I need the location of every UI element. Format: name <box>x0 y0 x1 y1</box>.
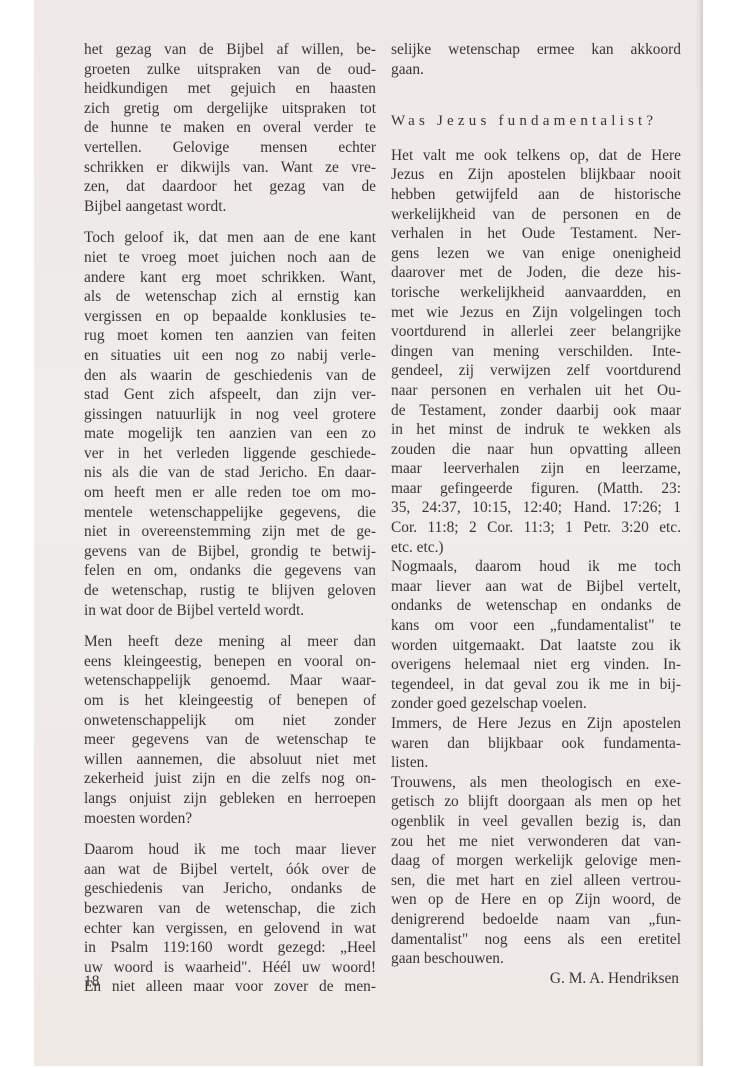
text-line: gens lezen we van enige onenigheid <box>391 244 681 264</box>
text-line: Trouwens, als men theologisch en exe- <box>391 773 681 793</box>
text-line: eens kleingeestig, benepen en vooral on- <box>84 652 376 672</box>
text-line: in het minst de indruk te wekken als <box>391 420 681 440</box>
text-line: daarover met de Joden, die deze his- <box>391 263 681 283</box>
paragraph: het gezag van de Bijbel af willen, be- g… <box>84 40 376 216</box>
text-line: wen op de Here en op Zijn woord, de <box>391 890 681 910</box>
paragraph: Toch geloof ik, dat men aan de ene kant … <box>84 228 376 620</box>
text-line: Toch geloof ik, dat men aan de ene kant <box>84 228 376 248</box>
text-line: aan wat de Bijbel vertelt, óók over de <box>84 860 376 880</box>
text-line: dingen van mening verschilden. Inte- <box>391 342 681 362</box>
text-line: ogenblik in veel gevallen bezig is, dan <box>391 812 681 832</box>
text-line: worden uitgemaakt. Dat laatste zou ik <box>391 636 681 656</box>
text-line: gaan. <box>391 60 681 80</box>
text-line: wetenschappelijk genoemd. Maar waar- <box>84 671 376 691</box>
text-line: gissingen natuurlijk in nog veel grotere <box>84 405 376 425</box>
text-line: gendeel, zij verwijzen zelf voortdurend <box>391 361 681 381</box>
text-line: gaan beschouwen. <box>391 949 681 969</box>
text-line: Immers, de Here Jezus en Zijn apostelen <box>391 714 681 734</box>
text-line: Men heeft deze mening al meer dan <box>84 632 376 652</box>
text-line: de hunne te maken en overal verder te <box>84 118 376 138</box>
text-line: uw woord is waarheid". Héél uw woord! <box>84 958 376 978</box>
text-line: hebben getwijfeld aan de historische <box>391 185 681 205</box>
text-line: met wie Jezus en Zijn volgelingen toch <box>391 303 681 323</box>
text-line: ondanks de wetenschap en ondanks de <box>391 596 681 616</box>
text-line: zou het me niet verwonderen dat van- <box>391 832 681 852</box>
text-line: andere kant erg moet schrikken. Want, <box>84 268 376 288</box>
text-line: den als waarin de geschiedenis van de <box>84 366 376 386</box>
text-line: heidkundigen met gejuich en haasten <box>84 79 376 99</box>
text-line: gevens van de Bijbel, grondig te betwij- <box>84 542 376 562</box>
text-line: waren dan blijkbaar ook fundamenta- <box>391 734 681 754</box>
text-line: torische werkelijkheid aanvaardden, en <box>391 283 681 303</box>
text-line: om heeft men er alle reden toe om mo- <box>84 483 376 503</box>
text-line: groeten zulke uitspraken van de oud- <box>84 60 376 80</box>
text-line: Het valt me ook telkens op, dat de Here <box>391 146 681 166</box>
text-line: meer gegevens van de wetenschap te <box>84 730 376 750</box>
text-line: kans om voor een „fundamentalist" te <box>391 616 681 636</box>
text-line: denigrerend bedoelde naam van „fun- <box>391 910 681 930</box>
text-line: stad Gent zich afspeelt, dan zijn ver- <box>84 385 376 405</box>
text-line: naar personen en verhalen uit het Ou- <box>391 381 681 401</box>
text-line: geschiedenis van Jericho, ondanks de <box>84 879 376 899</box>
paragraph: Nogmaals, daarom houd ik me toch maar li… <box>391 557 681 714</box>
text-line: maar liever aan wat de Bijbel vertelt, <box>391 577 681 597</box>
text-line: en situaties uit een nog zo nabij verle- <box>84 346 376 366</box>
text-line: niet in overeenstemming zijn met de ge- <box>84 522 376 542</box>
text-line: damentalist" nog eens als een eretitel <box>391 930 681 950</box>
text-line: langs onjuist zijn gebleken en herroepen <box>84 789 376 809</box>
section-heading: Was Jezus fundamentalist? <box>391 112 681 132</box>
text-line: echter kan vergissen, en gelovend in wat <box>84 919 376 939</box>
text-line: bezwaren van de wetenschap, die zich <box>84 899 376 919</box>
text-line: zouden die naar hun opvatting alleen <box>391 440 681 460</box>
text-line: nis als die van de stad Jericho. En daar… <box>84 463 376 483</box>
continued-paragraph: selijke wetenschap ermee kan akkoord gaa… <box>391 40 681 79</box>
text-line: zich gretig om dergelijke uitspraken tot <box>84 99 376 119</box>
paragraph: Het valt me ook telkens op, dat de Here … <box>391 146 681 557</box>
right-column: selijke wetenschap ermee kan akkoord gaa… <box>391 40 681 988</box>
text-line: schrikken er dikwijls van. Want ze vre- <box>84 158 376 178</box>
text-line: zonder goed gezelschap voelen. <box>391 694 681 714</box>
text-line: vertellen. Gelovige mensen echter <box>84 138 376 158</box>
text-line: 35, 24:37, 10:15, 12:40; Hand. 17:26; 1 <box>391 498 681 518</box>
text-line: rug moet komen ten aanzien van feiten <box>84 326 376 346</box>
text-line: Cor. 11:8; 2 Cor. 11:3; 1 Petr. 3:20 etc… <box>391 518 681 538</box>
text-line: de wetenschap, rustig te blijven geloven <box>84 581 376 601</box>
text-line: om is het kleingeestig of benepen of <box>84 691 376 711</box>
text-line: overigens helemaal niet erg vinden. In- <box>391 655 681 675</box>
text-line: daag of morgen werkelijk gelovige men- <box>391 851 681 871</box>
paragraph: Daarom houd ik me toch maar liever aan w… <box>84 840 376 997</box>
text-line: het gezag van de Bijbel af willen, be- <box>84 40 376 60</box>
author-signature: G. M. A. Hendriksen <box>391 969 681 989</box>
text-line: als de wetenschap zich al ernstig kan <box>84 287 376 307</box>
text-line: Daarom houd ik me toch maar liever <box>84 840 376 860</box>
text-line: zekerheid juist zijn en die zelfs nog on… <box>84 769 376 789</box>
text-line: Jezus en Zijn apostelen blijkbaar nooit <box>391 165 681 185</box>
left-column: het gezag van de Bijbel af willen, be- g… <box>84 40 376 997</box>
text-line: Nogmaals, daarom houd ik me toch <box>391 557 681 577</box>
text-line: maar gefingeerde figuren. (Matth. 23: <box>391 479 681 499</box>
text-line: voortdurend in allerlei zeer belangrijke <box>391 322 681 342</box>
text-line: selijke wetenschap ermee kan akkoord <box>391 40 681 60</box>
text-line: tegendeel, in dat geval zou ik me in bij… <box>391 675 681 695</box>
paragraph: Men heeft deze mening al meer dan eens k… <box>84 632 376 828</box>
text-line: in wat door de Bijbel verteld wordt. <box>84 601 376 621</box>
document-page: het gezag van de Bijbel af willen, be- g… <box>34 0 703 1066</box>
text-line: moesten worden? <box>84 809 376 829</box>
text-line: in Psalm 119:160 wordt gezegd: „Heel <box>84 938 376 958</box>
text-line: etc. etc.) <box>391 538 681 558</box>
text-line: Bijbel aangetast wordt. <box>84 197 376 217</box>
text-line: listen. <box>391 753 681 773</box>
text-line: verhalen in het Oude Testament. Ner- <box>391 224 681 244</box>
text-line: werkelijkheid van de personen en de <box>391 205 681 225</box>
text-line: getisch zo blijft doorgaan als men op he… <box>391 792 681 812</box>
text-line: mentele wetenschappelijke gegevens, die <box>84 503 376 523</box>
text-line: maar leerverhalen zijn en leerzame, <box>391 459 681 479</box>
paragraph: Trouwens, als men theologisch en exe- ge… <box>391 773 681 969</box>
text-line: niet te vroeg moet juichen noch aan de <box>84 248 376 268</box>
text-line: willen aannemen, die absoluut niet met <box>84 750 376 770</box>
text-line: En niet alleen maar voor zover de men- <box>84 977 376 997</box>
text-line: vergissen en op bepaalde konklusies te- <box>84 307 376 327</box>
text-line: sen, die met hart en ziel alleen vertrou… <box>391 871 681 891</box>
paragraph: Immers, de Here Jezus en Zijn apostelen … <box>391 714 681 773</box>
text-line: ver in het verleden liggende geschiede- <box>84 444 376 464</box>
text-line: onwetenschappelijk om niet zonder <box>84 711 376 731</box>
text-line: de Testament, zonder daarbij ook maar <box>391 401 681 421</box>
text-line: mate mogelijk ten aanzien van een zo <box>84 424 376 444</box>
page-number: 18 <box>84 973 99 991</box>
text-line: zen, dat daardoor het gezag van de <box>84 177 376 197</box>
text-line: felen en om, ondanks die gegevens van <box>84 561 376 581</box>
